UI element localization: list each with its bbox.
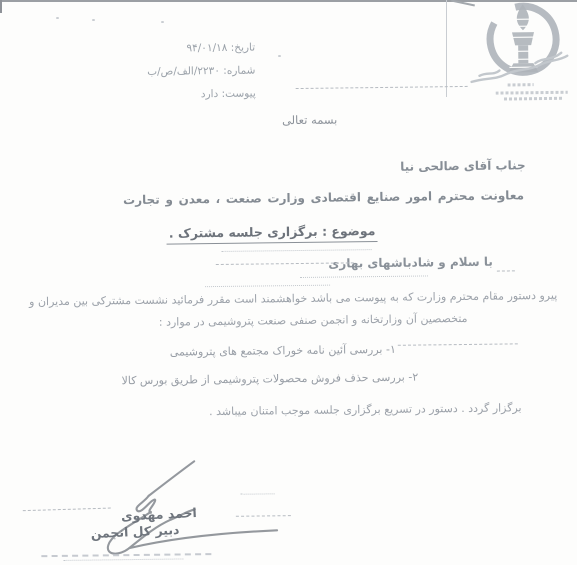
letter-meta-block: تاریخ: ۹۴/۰۱/۱۸ شماره: ۲۲۳۰/الف/ص/ب پیوس… xyxy=(125,37,256,108)
body-line-2: متخصصین آن وزارتخانه و انجمن صنفی صنعت پ… xyxy=(159,312,468,329)
closing-line: برگزار گردد . دستور در تسریع برگزاری جلس… xyxy=(209,401,522,418)
scan-dotted-artifact xyxy=(300,275,428,278)
body-line-1: پیرو دستور مقام محترم وزارت که به پیوست … xyxy=(29,289,557,308)
bismillah-line: بسمه تعالی xyxy=(282,113,337,128)
scan-dotted-artifact xyxy=(222,249,372,252)
agenda-item-2: ۲- بررسی حذف فروش محصولات پتروشیمی از طر… xyxy=(121,371,418,388)
scan-dashed-artifact xyxy=(398,343,518,345)
scan-dashed-artifact xyxy=(296,86,468,89)
number-line: شماره: ۲۲۳۰/الف/ص/ب xyxy=(125,60,255,85)
scan-dotted-artifact xyxy=(205,285,330,288)
agenda-item-1: ۱- بررسی آئین نامه خوراک مجتمع های پتروش… xyxy=(170,343,396,359)
letter-content: تاریخ: ۹۴/۰۱/۱۸ شماره: ۲۲۳۰/الف/ص/ب پیوس… xyxy=(0,0,577,565)
scan-dashed-artifact xyxy=(497,270,515,271)
emblem-flame-icon xyxy=(508,4,539,72)
attachment-line: پیوست: دارد xyxy=(126,83,256,108)
recipient-name-line: جناب آقای صالحی نیا xyxy=(400,158,526,174)
emblem-caption-mark xyxy=(508,83,534,86)
recipient-title-line: معاونت محترم امور صنایع اقتصادی وزارت صن… xyxy=(123,188,524,207)
petrochemical-association-emblem-icon xyxy=(465,0,575,106)
scanned-letter-page: تاریخ: ۹۴/۰۱/۱۸ شماره: ۲۲۳۰/الف/ص/ب پیوس… xyxy=(0,0,577,565)
date-line: تاریخ: ۹۴/۰۱/۱۸ xyxy=(125,37,255,62)
subject-line: موضوع : برگزاری جلسه مشترک . xyxy=(167,223,378,245)
